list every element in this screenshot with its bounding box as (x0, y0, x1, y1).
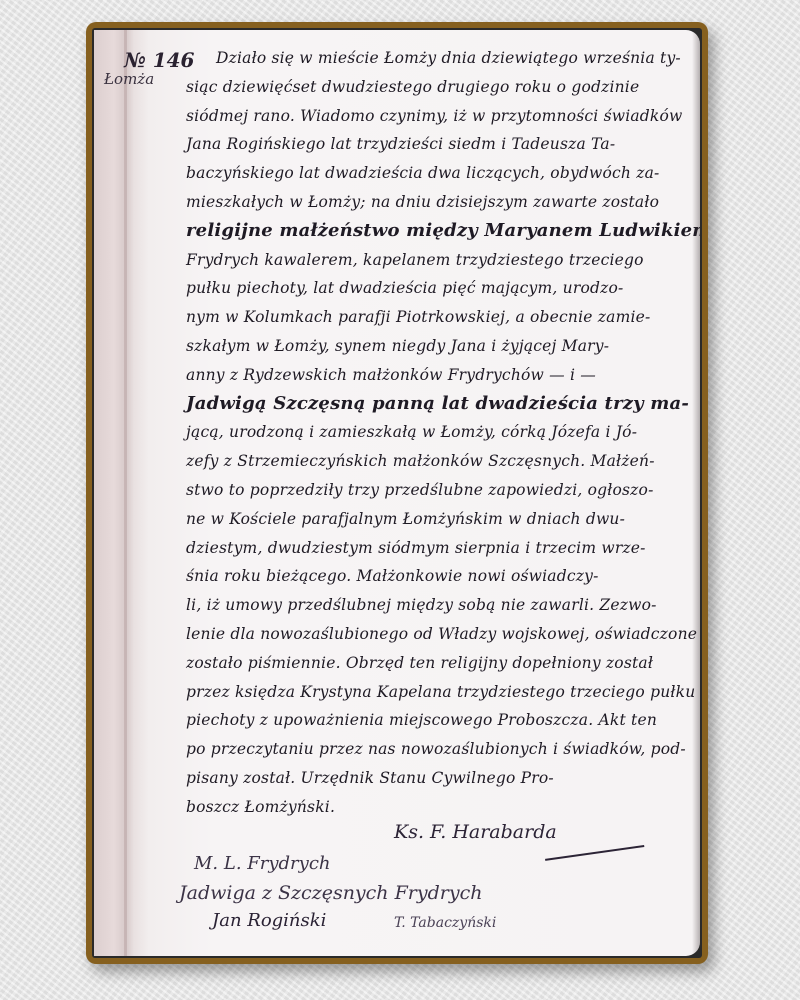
record-line: jącą, urodzoną i zamieszkałą w Łomży, có… (186, 418, 686, 447)
record-line: dziestym, dwudziestym siódmym sierpnia i… (186, 534, 686, 563)
record-line: li, iż umowy przedślubnej między sobą ni… (186, 591, 686, 620)
signature-bride: Jadwiga z Szczęsnych Frydrych (179, 882, 482, 904)
signature-flourish (544, 835, 645, 861)
record-line: szkałym w Łomży, synem niegdy Jana i żyj… (186, 332, 686, 361)
signature-official: Ks. F. Harabarda (394, 821, 557, 843)
record-line: zostało piśmiennie. Obrzęd ten religijny… (186, 649, 686, 678)
record-line: Frydrych kawalerem, kapelanem trzydziest… (186, 246, 686, 275)
frame-inner-border: № 146 Łomża Działo się w mieście Łomży d… (92, 28, 702, 958)
record-line: po przeczytaniu przez nas nowozaślubiony… (186, 735, 686, 764)
record-line: pułku piechoty, lat dwadzieścia pięć maj… (186, 274, 686, 303)
record-line: siódmej rano. Wiadomo czynimy, iż w przy… (186, 102, 686, 131)
record-line: piechoty z upoważnienia miejscowego Prob… (186, 706, 686, 735)
record-line: mieszkałych w Łomży; na dniu dzisiejszym… (186, 188, 686, 217)
signature-witness-2: T. Tabaczyński (394, 915, 496, 931)
record-line: boszcz Łomżyński. (186, 793, 686, 822)
record-body: Działo się w mieście Łomży dnia dziewiąt… (186, 44, 686, 822)
record-line: stwo to poprzedziły trzy przedślubne zap… (186, 476, 686, 505)
record-line: anny z Rydzewskich małżonków Frydrychów … (186, 361, 686, 390)
record-line: lenie dla nowozaślubionego od Władzy woj… (186, 620, 686, 649)
signature-groom: M. L. Frydrych (194, 853, 331, 874)
record-line: baczyńskiego lat dwadzieścia dwa liczący… (186, 159, 686, 188)
entry-number: № 146 (124, 48, 194, 72)
record-line: przez księdza Krystyna Kapelana trzydzie… (186, 678, 686, 707)
record-line: Działo się w mieście Łomży dnia dziewiąt… (186, 44, 686, 73)
picture-frame: № 146 Łomża Działo się w mieście Łomży d… (86, 22, 708, 964)
record-line: śnia roku bieżącego. Małżonkowie nowi oś… (186, 562, 686, 591)
record-line: religijne małżeństwo między Maryanem Lud… (186, 217, 686, 246)
record-line: siąc dziewięćset dwudziestego drugiego r… (186, 73, 686, 102)
record-line: Jadwigą Szczęsną panną lat dwadzieścia t… (186, 390, 686, 419)
signature-witness-1: Jan Rogiński (212, 910, 326, 931)
record-line: Jana Rogińskiego lat trzydzieści siedm i… (186, 130, 686, 159)
record-line: zefy z Strzemieczyńskich małżonków Szczę… (186, 447, 686, 476)
record-line: ne w Kościele parafjalnym Łomżyńskim w d… (186, 505, 686, 534)
margin-place-name: Łomża (104, 70, 154, 88)
document-page: № 146 Łomża Działo się w mieście Łomży d… (94, 30, 700, 956)
record-line: nym w Kolumkach parafji Piotrkowskiej, a… (186, 303, 686, 332)
record-line: pisany został. Urzędnik Stanu Cywilnego … (186, 764, 686, 793)
